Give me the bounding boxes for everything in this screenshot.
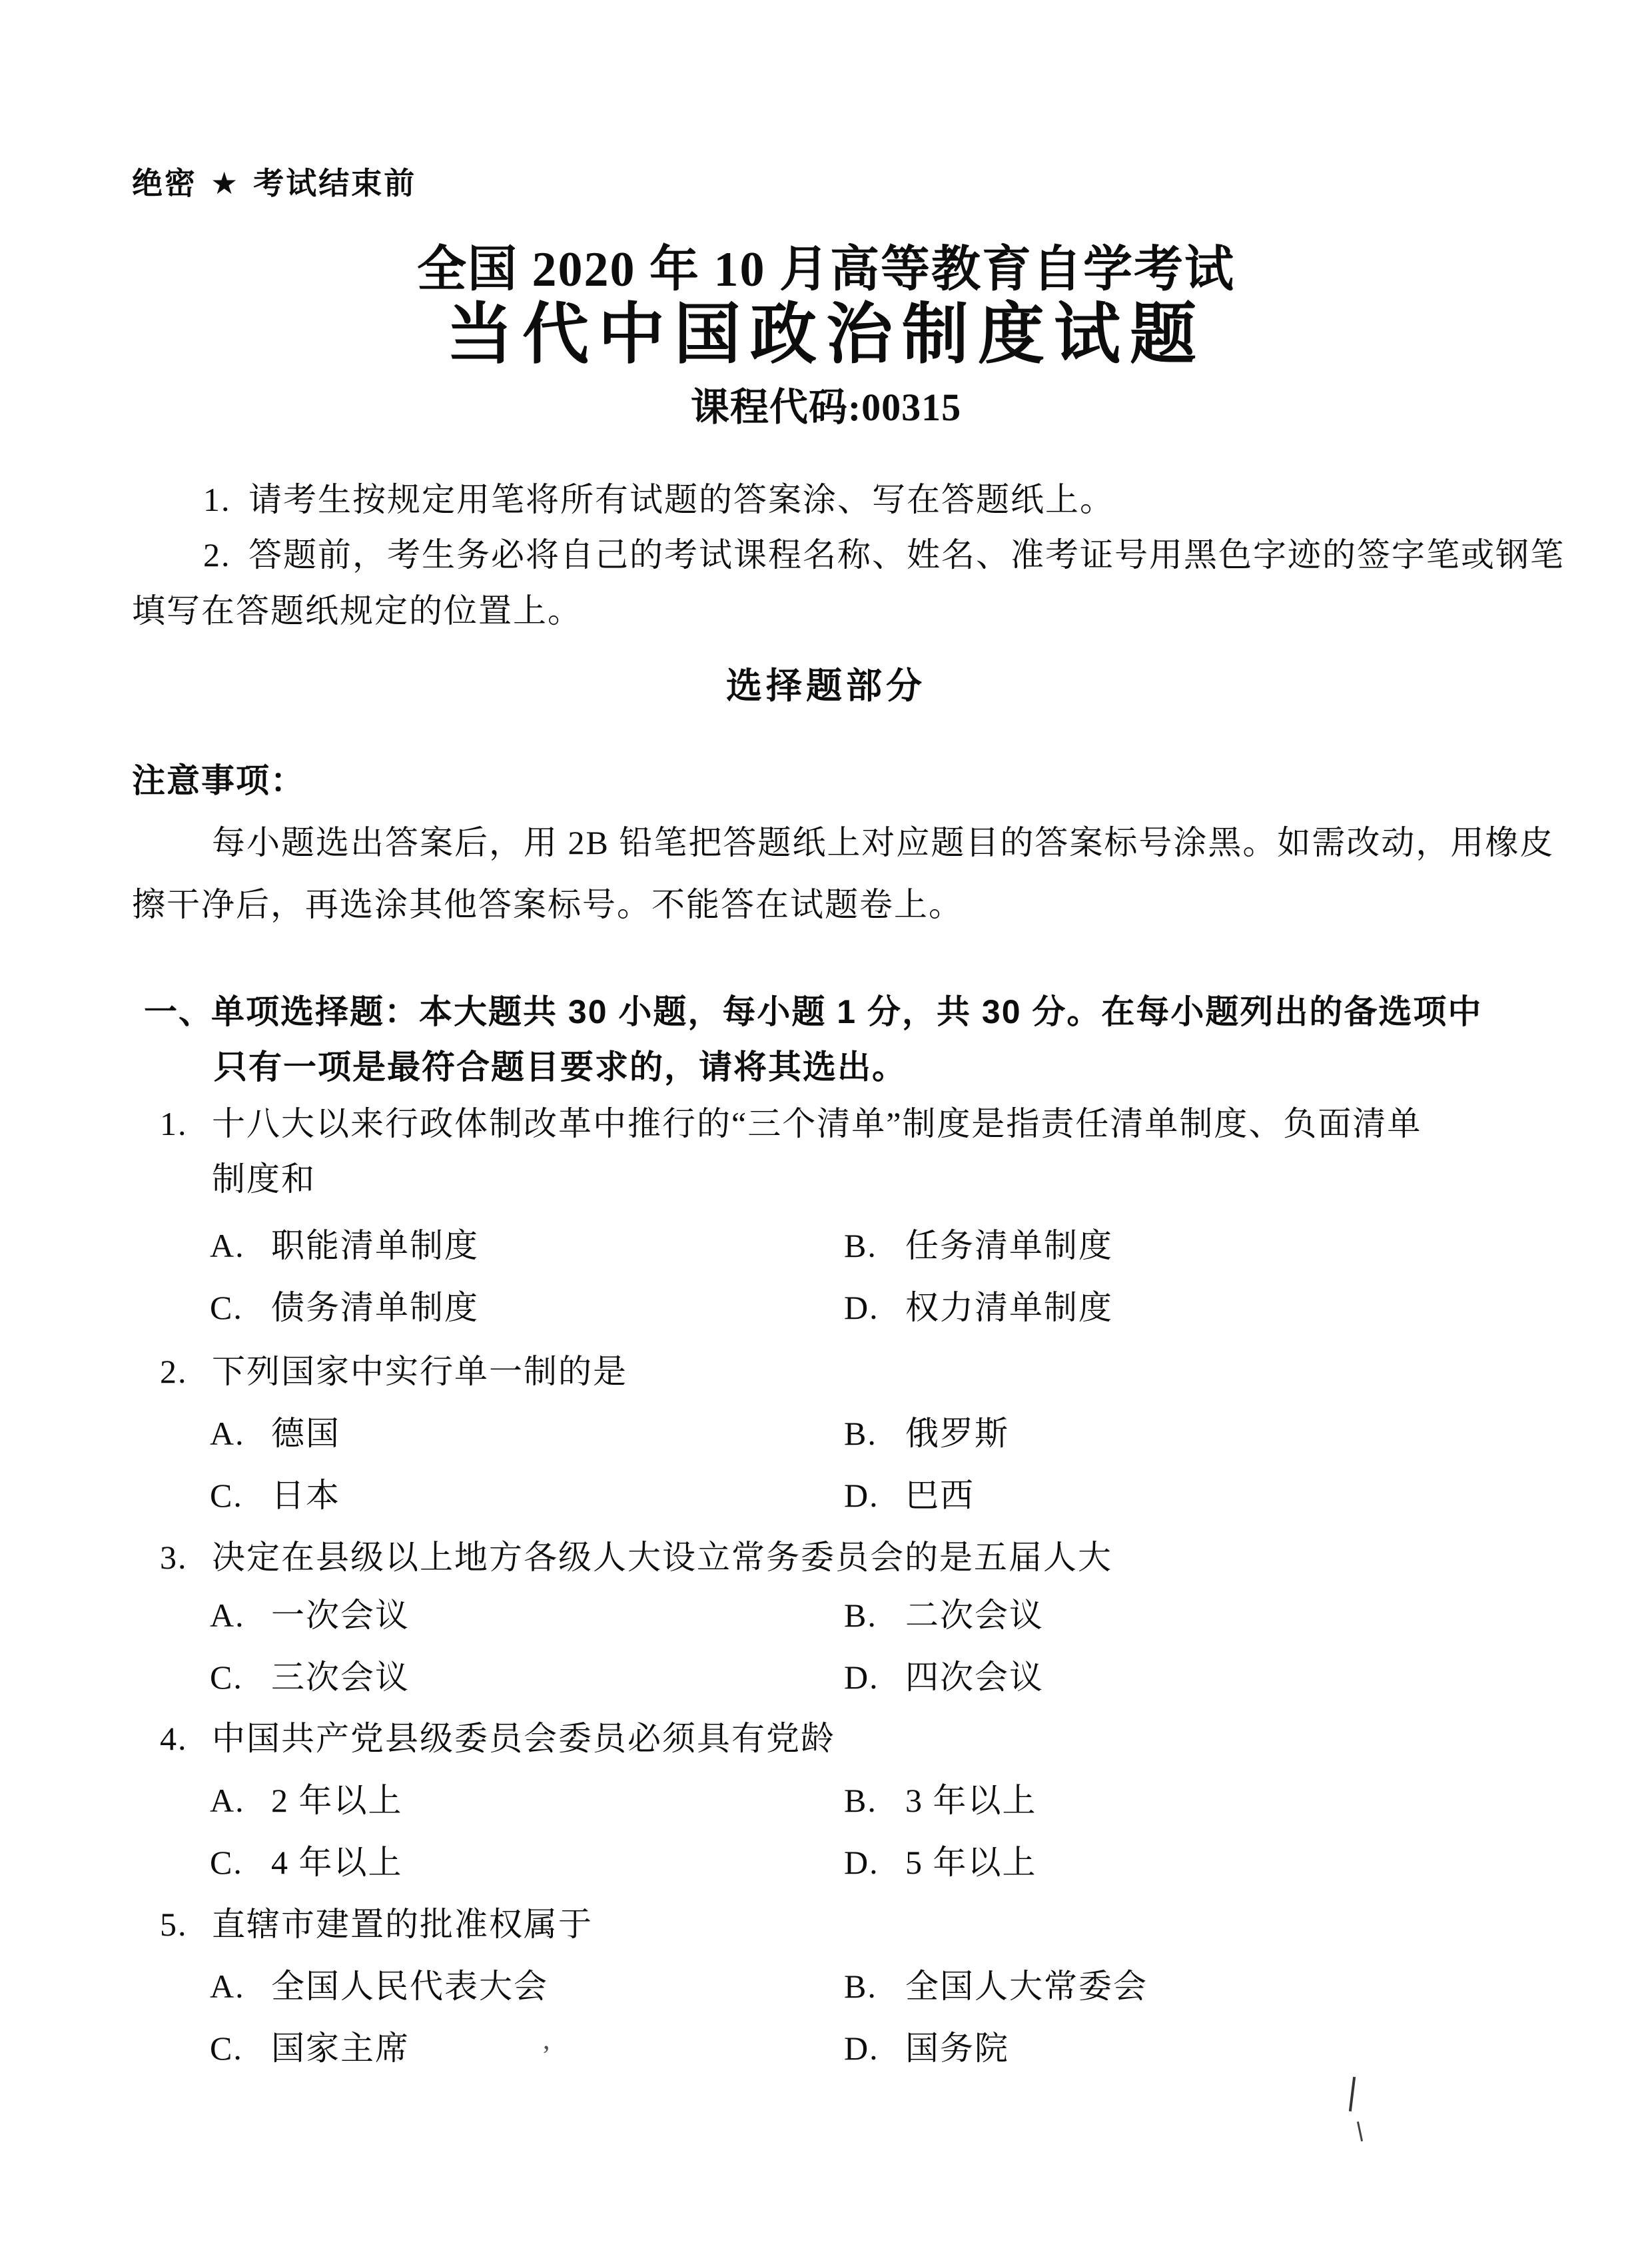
- question-5-options-row-2: C. 国家主席 D. 国务院: [0, 2032, 1652, 2074]
- paper-title: 当代中国政治制度试题: [0, 301, 1652, 368]
- star-icon: ★: [210, 166, 240, 200]
- question-text: 中国共产党县级委员会委员必须具有党龄: [212, 1722, 835, 1755]
- scan-artifact-tick: [1349, 2077, 1356, 2111]
- question-3-line-1: 3. 决定在县级以上地方各级人大设立常务委员会的是五届人大: [0, 1541, 1652, 1583]
- option-c: C. 国家主席: [210, 2032, 410, 2065]
- option-d: D. 巴西: [844, 1479, 975, 1512]
- option-b: B. 全国人大常委会: [844, 1970, 1148, 2003]
- question-text: 直辖市建置的批准权属于: [212, 1908, 593, 1941]
- scan-artifact-tick-small: [1357, 2121, 1363, 2141]
- option-text: 日本: [271, 1479, 340, 1512]
- option-a: A. 职能清单制度: [210, 1229, 479, 1262]
- option-d: D. 国务院: [844, 2032, 1009, 2065]
- question-5-line-1: 5. 直辖市建置的批准权属于: [0, 1908, 1652, 1950]
- option-label: D.: [844, 2032, 905, 2065]
- option-text: 3 年以上: [905, 1784, 1037, 1817]
- question-number: 2.: [160, 1355, 188, 1388]
- option-label: A.: [210, 1229, 271, 1262]
- option-label: B.: [844, 1970, 905, 2003]
- option-label: D.: [844, 1661, 905, 1694]
- exam-timing-label: 考试结束前: [253, 166, 416, 200]
- option-b: B. 任务清单制度: [844, 1229, 1113, 1262]
- instruction-1: 1. 请考生按规定用笔将所有试题的答案涂、写在答题纸上。: [0, 483, 1652, 526]
- question-number: 1.: [160, 1107, 188, 1140]
- option-label: C.: [210, 1291, 271, 1324]
- option-label: D.: [844, 1479, 905, 1512]
- option-label: D.: [844, 1846, 905, 1879]
- question-4-line-1: 4. 中国共产党县级委员会委员必须具有党龄: [0, 1722, 1652, 1764]
- option-a: A. 全国人民代表大会: [210, 1970, 548, 2003]
- question-1-line-1: 1. 十八大以来行政体制改革中推行的“三个清单”制度是指责任清单制度、负面清单: [0, 1107, 1652, 1150]
- option-text: 任务清单制度: [905, 1229, 1113, 1262]
- instruction-text: 填写在答题纸规定的位置上。: [132, 594, 582, 627]
- option-b: B. 二次会议: [844, 1599, 1044, 1632]
- option-b: B. 俄罗斯: [844, 1417, 1009, 1450]
- part-number: 一、: [144, 995, 213, 1028]
- question-text: 决定在县级以上地方各级人大设立常务委员会的是五届人大: [212, 1541, 1112, 1574]
- option-text: 权力清单制度: [905, 1291, 1113, 1324]
- question-number: 3.: [160, 1541, 188, 1574]
- option-text: 一次会议: [271, 1599, 410, 1632]
- question-4-options-row-2: C. 4 年以上 D. 5 年以上: [0, 1846, 1652, 1888]
- question-number: 5.: [160, 1908, 188, 1941]
- question-text: 下列国家中实行单一制的是: [212, 1355, 627, 1388]
- option-text: 俄罗斯: [905, 1417, 1009, 1450]
- option-text: 四次会议: [905, 1661, 1044, 1694]
- option-text: 三次会议: [271, 1661, 410, 1694]
- option-c: C. 三次会议: [210, 1661, 410, 1694]
- instruction-text: 请考生按规定用笔将所有试题的答案涂、写在答题纸上。: [248, 483, 1114, 516]
- option-text: 5 年以上: [905, 1846, 1037, 1879]
- option-d: D. 四次会议: [844, 1661, 1044, 1694]
- option-label: B.: [844, 1784, 905, 1817]
- option-a: A. 一次会议: [210, 1599, 410, 1632]
- question-2-options-row-1: A. 德国 B. 俄罗斯: [0, 1417, 1652, 1459]
- notes-line: 擦干净后，再选涂其他答案标号。不能答在试题卷上。: [132, 888, 963, 921]
- option-label: B.: [844, 1417, 905, 1450]
- question-2-options-row-2: C. 日本 D. 巴西: [0, 1479, 1652, 1521]
- question-2-line-1: 2. 下列国家中实行单一制的是: [0, 1355, 1652, 1397]
- option-label: C.: [210, 1661, 271, 1694]
- option-text: 国务院: [905, 2032, 1009, 2065]
- option-label: A.: [210, 1970, 271, 2003]
- option-label: C.: [210, 1479, 271, 1512]
- option-text: 二次会议: [905, 1599, 1044, 1632]
- option-a: A. 德国: [210, 1417, 340, 1450]
- instruction-text: 答题前，考生务必将自己的考试课程名称、姓名、准考证号用黑色字迹的签字笔或钢笔: [248, 538, 1565, 571]
- question-3-options-row-1: A. 一次会议 B. 二次会议: [0, 1599, 1652, 1641]
- option-label: D.: [844, 1291, 905, 1324]
- exam-paper-page: 绝密★考试结束前 全国 2020 年 10 月高等教育自学考试 当代中国政治制度…: [0, 0, 1652, 2266]
- option-b: B. 3 年以上: [844, 1784, 1037, 1817]
- option-a: A. 2 年以上: [210, 1784, 403, 1817]
- question-5-options-row-1: A. 全国人民代表大会 B. 全国人大常委会: [0, 1970, 1652, 2012]
- option-d: D. 5 年以上: [844, 1846, 1037, 1879]
- question-1-line-2: 制度和: [0, 1162, 1652, 1205]
- option-text: 德国: [271, 1417, 340, 1450]
- instruction-2-line-2: 填写在答题纸规定的位置上。: [0, 594, 1652, 637]
- part-one-heading-line-1: 一、 单项选择题：本大题共 30 小题，每小题 1 分，共 30 分。在每小题列…: [0, 995, 1652, 1038]
- option-text: 全国人大常委会: [905, 1970, 1148, 2003]
- instruction-number: 1.: [203, 483, 231, 516]
- option-text: 全国人民代表大会: [271, 1970, 548, 2003]
- notes-line: 每小题选出答案后，用 2B 铅笔把答题纸上对应题目的答案标号涂黑。如需改动，用橡…: [212, 826, 1554, 859]
- option-text: 职能清单制度: [271, 1229, 479, 1262]
- course-code: 课程代码:00315: [0, 388, 1652, 427]
- option-label: C.: [210, 1846, 271, 1879]
- section-title: 选择题部分: [0, 668, 1652, 704]
- option-label: A.: [210, 1599, 271, 1632]
- option-c: C. 日本: [210, 1479, 340, 1512]
- option-text: 国家主席: [271, 2032, 410, 2065]
- question-3-options-row-2: C. 三次会议 D. 四次会议: [0, 1661, 1652, 1703]
- question-1-options-row-2: C. 债务清单制度 D. 权力清单制度: [0, 1291, 1652, 1333]
- option-text: 4 年以上: [271, 1846, 403, 1879]
- exam-title: 全国 2020 年 10 月高等教育自学考试: [0, 245, 1652, 294]
- question-text: 制度和: [212, 1162, 316, 1196]
- option-text: 2 年以上: [271, 1784, 403, 1817]
- option-c: C. 债务清单制度: [210, 1291, 479, 1324]
- question-4-options-row-1: A. 2 年以上 B. 3 年以上: [0, 1784, 1652, 1826]
- part-heading-text: 单项选择题：本大题共 30 小题，每小题 1 分，共 30 分。在每小题列出的备…: [211, 995, 1482, 1028]
- option-label: A.: [210, 1417, 271, 1450]
- instruction-number: 2.: [203, 538, 231, 571]
- option-c: C. 4 年以上: [210, 1846, 403, 1879]
- option-d: D. 权力清单制度: [844, 1291, 1113, 1324]
- option-text: 巴西: [905, 1479, 975, 1512]
- part-heading-text: 只有一项是最符合题目要求的，请将其选出。: [214, 1050, 907, 1084]
- option-label: C.: [210, 2032, 271, 2065]
- option-label: A.: [210, 1784, 271, 1817]
- question-number: 4.: [160, 1722, 188, 1755]
- question-text: 十八大以来行政体制改革中推行的“三个清单”制度是指责任清单制度、负面清单: [212, 1107, 1422, 1140]
- option-label: B.: [844, 1599, 905, 1632]
- security-level-label: 绝密: [132, 166, 197, 200]
- part-one-heading-line-2: 只有一项是最符合题目要求的，请将其选出。: [0, 1050, 1652, 1093]
- notes-label: 注意事项：: [132, 764, 305, 797]
- option-text: 债务清单制度: [271, 1291, 479, 1324]
- instruction-2-line-1: 2. 答题前，考生务必将自己的考试课程名称、姓名、准考证号用黑色字迹的签字笔或钢…: [0, 538, 1652, 581]
- scan-artifact-comma: ,: [543, 2026, 550, 2054]
- question-1-options-row-1: A. 职能清单制度 B. 任务清单制度: [0, 1229, 1652, 1272]
- option-label: B.: [844, 1229, 905, 1262]
- security-notice: 绝密★考试结束前: [132, 168, 416, 198]
